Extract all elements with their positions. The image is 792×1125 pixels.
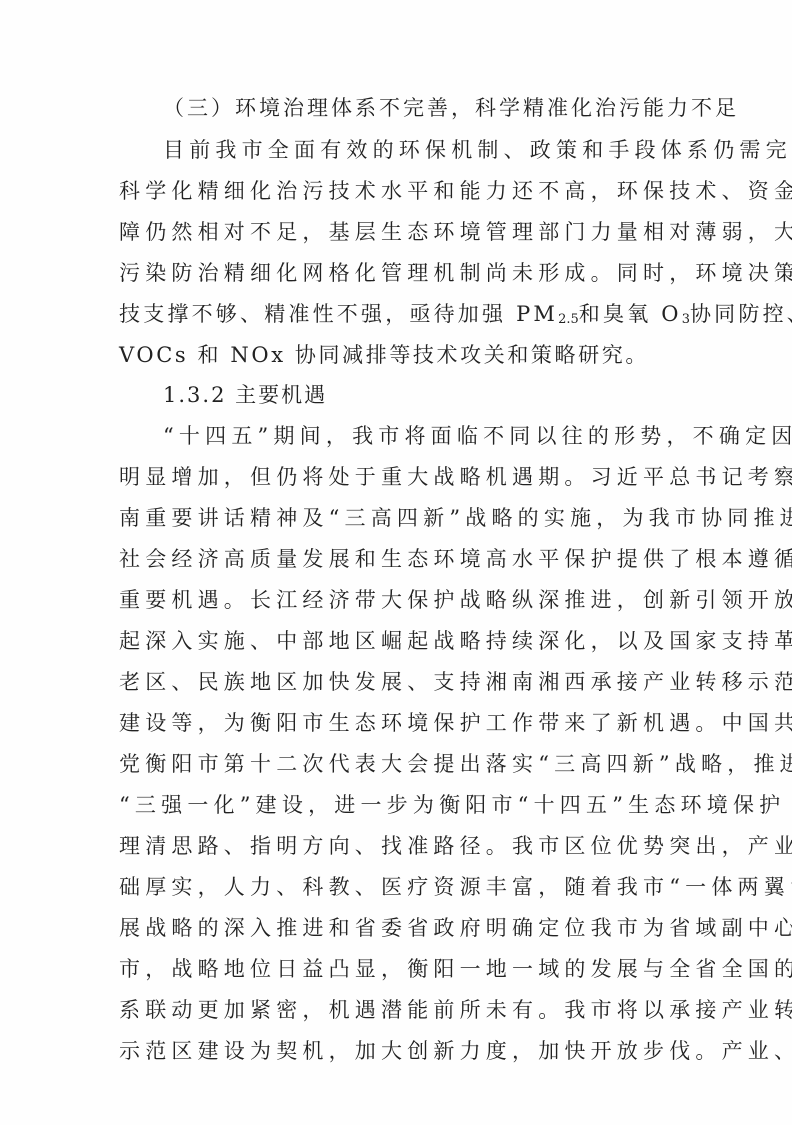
paragraph-1-line: 目前我市全面有效的环保机制、政策和手段体系仍需完善， — [163, 135, 667, 165]
text-segment: 和臭氧 O — [579, 302, 682, 326]
document-page: （三）环境治理体系不完善，科学精准化治污能力不足 目前我市全面有效的环保机制、政… — [0, 0, 792, 1125]
section-heading: （三）环境治理体系不完善，科学精准化治污能力不足 — [163, 93, 739, 123]
paragraph-2-line: 理清思路、指明方向、找准路径。我市区位优势突出，产业基 — [119, 831, 667, 861]
paragraph-2-line: 社会经济高质量发展和生态环境高水平保护提供了根本遵循和 — [119, 544, 667, 574]
paragraph-1-line: 污染防治精细化网格化管理机制尚未形成。同时，环境决策科 — [119, 258, 667, 288]
paragraph-1-line: 科学化精细化治污技术水平和能力还不高，环保技术、资金保 — [119, 176, 667, 206]
paragraph-2-line: “三强一化”建设，进一步为衡阳市“十四五”生态环境保护 — [119, 790, 667, 820]
paragraph-2-line: 础厚实，人力、科教、医疗资源丰富，随着我市“一体两翼”发 — [119, 872, 667, 902]
subsection-heading: 1.3.2 主要机遇 — [163, 380, 327, 410]
paragraph-1-line: 障仍然相对不足，基层生态环境管理部门力量相对薄弱，大气 — [119, 217, 667, 247]
paragraph-2-line: 南重要讲话精神及“三高四新”战略的实施，为我市协同推进 — [119, 503, 667, 533]
paragraph-2-line: 明显增加，但仍将处于重大战略机遇期。习近平总书记考察湖 — [119, 462, 667, 492]
subscript: 3 — [682, 312, 690, 327]
paragraph-2-line: 建设等，为衡阳市生态环境保护工作带来了新机遇。中国共产 — [119, 708, 667, 738]
subscript: 2.5 — [558, 312, 579, 327]
text-segment: 协同防控、 — [690, 302, 792, 326]
paragraph-2-line: 示范区建设为契机，加大创新力度，加快开放步伐。产业、能 — [119, 1036, 667, 1066]
paragraph-2-line: 展战略的深入推进和省委省政府明确定位我市为省域副中心城 — [119, 913, 667, 943]
paragraph-2-line: 老区、民族地区加快发展、支持湘南湘西承接产业转移示范区 — [119, 667, 667, 697]
paragraph-2-line: 起深入实施、中部地区崛起战略持续深化，以及国家支持革命 — [119, 626, 667, 656]
paragraph-2-line: 市，战略地位日益凸显，衡阳一地一域的发展与全省全国的联 — [119, 954, 667, 984]
paragraph-2-line: 重要机遇。长江经济带大保护战略纵深推进，创新引领开放崛 — [119, 585, 667, 615]
paragraph-2-line: “十四五”期间，我市将面临不同以往的形势，不确定因素 — [163, 421, 667, 451]
paragraph-2-line: 党衡阳市第十二次代表大会提出落实“三高四新”战略，推进 — [119, 749, 667, 779]
paragraph-1-line-with-formula: 技支撑不够、精准性不强，亟待加强 PM2.5和臭氧 O3协同防控、 — [119, 299, 667, 329]
paragraph-1-line: VOCs 和 NOx 协同减排等技术攻关和策略研究。 — [119, 340, 649, 370]
text-segment: 技支撑不够、精准性不强，亟待加强 PM — [119, 302, 558, 326]
paragraph-2-line: 系联动更加紧密，机遇潜能前所未有。我市将以承接产业转移 — [119, 995, 667, 1025]
